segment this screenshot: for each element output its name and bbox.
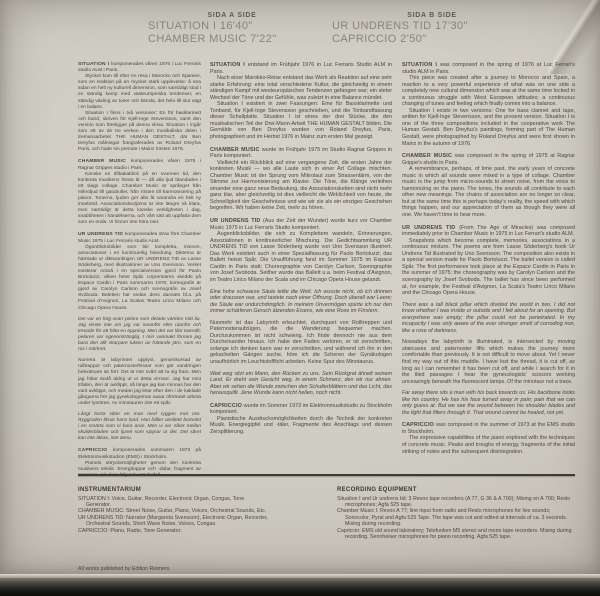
- work-title-lead: CAPRICCIO: [402, 422, 436, 428]
- paragraph: SITUATION I komponerades våren 1976 i Lu…: [78, 62, 201, 74]
- quote-paragraph: There was a tall black pillar which divi…: [402, 302, 575, 335]
- paragraph: Pianistische Ausdrucksmöglichkeiten durc…: [210, 416, 392, 436]
- work-title-lead: CHAMBER MUSIC: [210, 147, 262, 153]
- side-a-track-2: CHAMBER MUSIC 7'22": [148, 33, 316, 46]
- liner-notes-column-english: SITUATION I was composed in the spring o…: [402, 62, 575, 455]
- credits-section: INSTRUMENTARIUM SITUATION I: Voice, Guit…: [78, 487, 575, 540]
- quote-paragraph: Långt borta sitter en man med ryggen mot…: [78, 412, 201, 442]
- paragraph: SITUATION I entstand im Frühjahr 1976 in…: [210, 62, 392, 75]
- paragraph: CHAMBER MUSIC komponerades våren 1975 i …: [78, 159, 201, 171]
- paragraph: CAPRICCIO wurde im Sommer 1973 im Elektr…: [210, 403, 392, 416]
- paragraph: Stycket kom till efter en resa i Marocko…: [78, 74, 201, 111]
- recording-equipment-heading: RECORDING EQUIPMENT: [337, 487, 575, 493]
- work-title-lead: UR UNDRENS TID: [78, 232, 125, 237]
- liner-notes: SITUATION I komponerades våren 1976 i Lu…: [78, 62, 575, 479]
- paragraph: CHAMBER MUSIC was composed in the spring…: [402, 153, 575, 166]
- work-title-lead: CAPRICCIO: [78, 448, 113, 453]
- paragraph: Augenblicksbilder, die sich zu Komplette…: [210, 231, 392, 283]
- paragraph: UR UNDRENS TID (Aus der Zeit der Wunder)…: [210, 218, 392, 231]
- paragraph: Numera är labyrinten upplyst, genomkorsa…: [78, 358, 201, 407]
- side-b-header: SIDA B SIDE UR UNDRENS TID 17'30" CAPRIC…: [332, 12, 532, 46]
- work-title-lead: UR UNDRENS TID: [402, 225, 459, 231]
- paragraph: A remembrance, perhaps, of time past, th…: [402, 166, 575, 218]
- work-title-lead: CAPRICCIO: [210, 403, 244, 409]
- paragraph: UR UNDRENS TID (From The Age of Miracles…: [402, 225, 575, 238]
- credit-item: Situation I and Ur undrens tid: 3 Revox …: [337, 496, 575, 509]
- paragraph: CAPRICCIO komponerades sommaren 1973 på …: [78, 448, 201, 460]
- credit-item: CHAMBER MUSIC: Street Noise, Guitar, Pia…: [78, 508, 268, 514]
- paragraph: Vielleicht ein Rückblick auf eine vergan…: [210, 160, 392, 212]
- paragraph: Situation I existiert in zwei Fassungen:…: [210, 101, 392, 140]
- paragraph: Pianots uttrycksmöjligheter genom den ko…: [78, 461, 201, 479]
- paragraph: Kanske en tillbakablick på en svunnen ti…: [78, 172, 201, 227]
- side-b-track-1: UR UNDRENS TID 17'30": [332, 20, 532, 33]
- instrumentarium-list: SITUATION I: Voice, Guitar, Recorder, El…: [78, 496, 268, 534]
- work-title-lead: CHAMBER MUSIC: [78, 159, 131, 164]
- side-b-track-2: CAPRICCIO 2'50": [332, 33, 532, 46]
- publisher-note: All works published by Edition Reimers.: [78, 566, 171, 572]
- paragraph: Nach einer Marokko-Reise entstand das We…: [210, 75, 392, 101]
- liner-notes-column-german: SITUATION I entstand im Frühjahr 1976 in…: [210, 62, 392, 435]
- liner-notes-column-swedish: SITUATION I komponerades våren 1976 i Lu…: [78, 62, 201, 479]
- paragraph: Situation I exists in two versions: One …: [402, 108, 575, 147]
- quote-paragraph: Det var en hög svart pelare som delade v…: [78, 317, 201, 354]
- credit-item: Chamber Music I: Revox A 77; line input …: [337, 508, 575, 527]
- instrumentarium-section: INSTRUMENTARIUM SITUATION I: Voice, Guit…: [78, 487, 268, 540]
- paragraph: Nowadays the labyrinth is illuminated, i…: [402, 339, 575, 385]
- quote-paragraph: Eine hohe schwarze Säule teilte die Welt…: [210, 289, 392, 315]
- credit-item: Capriccio: EMS old sound laboratory; Tel…: [337, 528, 575, 541]
- work-title-lead: SITUATION I: [210, 62, 248, 68]
- paragraph: Snapshots which become complete, memorie…: [402, 238, 575, 297]
- credit-item: SITUATION I: Voice, Guitar, Recorder, El…: [78, 496, 268, 509]
- side-a-track-1: SITUATION I 16'40": [148, 20, 316, 33]
- work-title-lead: CHAMBER MUSIC: [402, 153, 455, 159]
- paragraph: UR UNDRENS TID komponerades strax före C…: [78, 232, 201, 244]
- quote-paragraph: Far away there sits a man with his back …: [402, 390, 575, 416]
- paragraph: This piece was created after a journey t…: [402, 75, 575, 108]
- quote-paragraph: Weit weg sitzt ein Mann, den Rücken zu u…: [210, 371, 392, 397]
- credit-item: CAPRICCIO: Piano, Radio, Tone Generator.: [78, 528, 268, 534]
- credit-item: UR UNDRENS TID: Narrator (Margareta Sven…: [78, 515, 268, 528]
- paragraph: CAPRICCIO was composed in the summer of …: [402, 422, 575, 435]
- side-a-label: SIDA A SIDE: [148, 12, 316, 19]
- background-shadow: [0, 578, 600, 596]
- recording-equipment-list: Situation I and Ur undrens tid: 3 Revox …: [337, 496, 575, 541]
- paragraph: CHAMBER MUSIC wurde im Frühjahr 1975 im …: [210, 147, 392, 160]
- section-divider-rule: [78, 474, 575, 476]
- paragraph: SITUATION I was composed in the spring o…: [402, 62, 575, 75]
- side-a-header: SIDA A SIDE SITUATION I 16'40" CHAMBER M…: [148, 12, 316, 46]
- recording-equipment-section: RECORDING EQUIPMENT Situation I and Ur u…: [337, 487, 575, 540]
- instrumentarium-heading: INSTRUMENTARIUM: [78, 487, 268, 493]
- paragraph: The expressive capabilities of the piano…: [402, 435, 575, 455]
- side-b-label: SIDA B SIDE: [332, 12, 532, 19]
- paragraph: Ögonblicksbilder som blir kompletta, min…: [78, 245, 201, 312]
- work-title-lead: SITUATION I: [78, 62, 111, 67]
- paragraph: Situation I finns i två versioner: En fö…: [78, 111, 201, 154]
- work-title-lead: SITUATION I: [402, 62, 440, 68]
- work-title-lead: UR UNDRENS TID: [210, 218, 263, 224]
- paragraph: Nunmehr ist das Labyrinth erleuchtet, du…: [210, 320, 392, 366]
